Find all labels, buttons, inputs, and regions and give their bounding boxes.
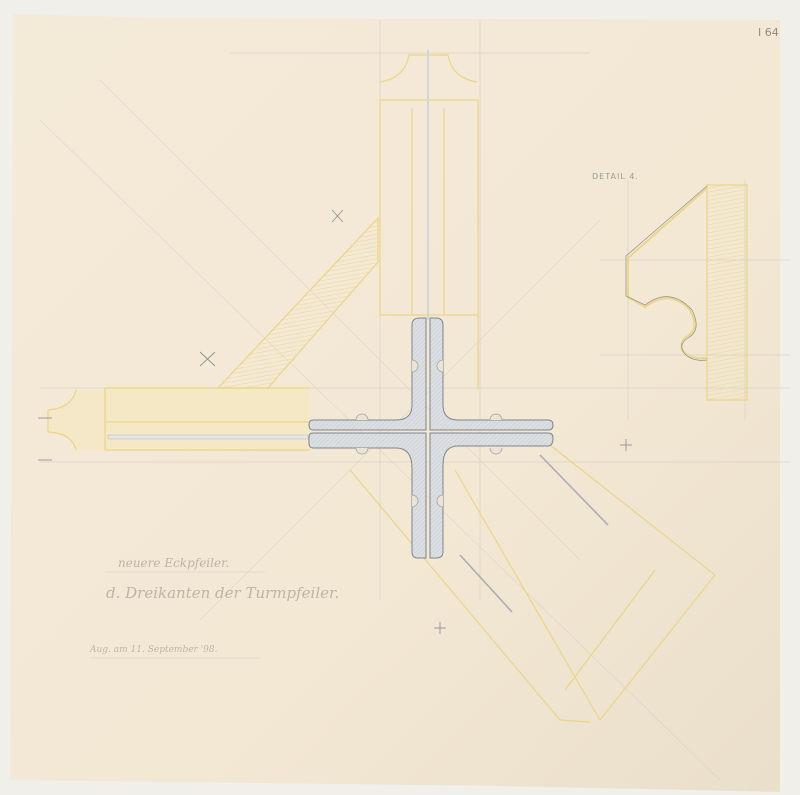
left-arm-pier [48,388,310,450]
drawing-sheet: I 64 DETAIL 4. neuere Eckpfeiler. d. Dre… [0,0,800,795]
detail-label: DETAIL 4. [592,172,639,181]
drawing-canvas [0,0,800,795]
title-line-2: d. Dreikanten der Turmpfeiler. [106,584,339,602]
title-line-1: neuere Eckpfeiler. [118,556,229,570]
date-line: Aug. am 11. September '98. [90,645,217,655]
sheet-number: I 64 [758,26,779,39]
